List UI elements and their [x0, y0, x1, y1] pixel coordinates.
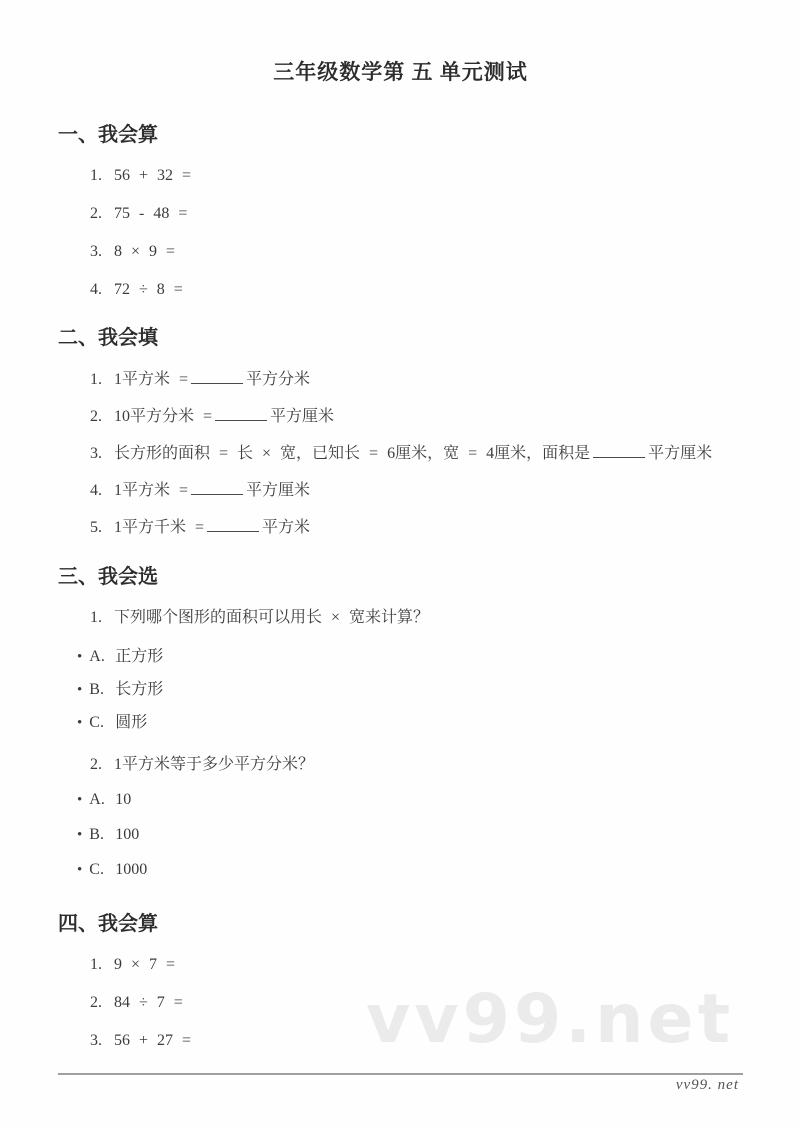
fill-post-text: 平方米	[262, 519, 310, 536]
bullet-icon: •	[77, 792, 82, 808]
question-text: 1平方米等于多少平方分米？	[114, 756, 314, 773]
option-label: B.	[89, 678, 106, 702]
item-number: 1.	[90, 956, 102, 973]
fill-item: 5.1平方千米 =平方米	[58, 516, 743, 540]
fill-pre-text: 1平方米 =	[114, 371, 188, 388]
option-label: A.	[89, 788, 106, 812]
fill-post-text: 平方分米	[246, 371, 310, 388]
option-label: A.	[89, 645, 106, 669]
item-number: 3.	[90, 445, 102, 462]
expression-text: 72 ÷ 8 =	[114, 281, 183, 298]
option-text: 圆形	[115, 714, 147, 731]
bullet-icon: •	[77, 827, 82, 843]
option-text: 1000	[115, 861, 147, 878]
worksheet-page: vv99.net 三年级数学第 五 单元测试 一、我会算 1.56 + 32 =…	[0, 0, 800, 1130]
section-calc-1: 一、我会算 1.56 + 32 = 2.75 - 48 = 3.8 × 9 = …	[58, 122, 743, 302]
item-number: 2.	[90, 994, 102, 1011]
answer-blank	[191, 370, 243, 384]
item-number: 2.	[90, 756, 102, 773]
option-label: C.	[89, 858, 106, 882]
section-1-heading: 一、我会算	[58, 122, 743, 149]
section-calc-2: 四、我会算 1.9 × 7 = 2.84 ÷ 7 = 3.56 + 27 =	[58, 911, 743, 1053]
section-choice: 三、我会选 1.下列哪个图形的面积可以用长 × 宽来计算？ •A.正方形 •B.…	[58, 564, 743, 882]
item-number: 1.	[90, 371, 102, 388]
worksheet-content: 三年级数学第 五 单元测试 一、我会算 1.56 + 32 = 2.75 - 4…	[0, 0, 800, 1053]
fill-item: 2.10平方分米 =平方厘米	[58, 405, 743, 429]
answer-blank	[593, 444, 645, 458]
expression-text: 84 ÷ 7 =	[114, 994, 183, 1011]
option-text: 10	[115, 791, 131, 808]
fill-post-text: 平方厘米	[270, 408, 334, 425]
calc-item: 3.8 × 9 =	[58, 240, 743, 264]
bullet-icon: •	[77, 682, 82, 698]
calc-item: 1.56 + 32 =	[58, 164, 743, 188]
calc-item: 2.75 - 48 =	[58, 202, 743, 226]
item-number: 3.	[90, 1032, 102, 1049]
fill-pre-text: 1平方千米 =	[114, 519, 204, 536]
bullet-icon: •	[77, 715, 82, 731]
bullet-icon: •	[77, 862, 82, 878]
answer-blank	[215, 407, 267, 421]
choice-question-2: 2.1平方米等于多少平方分米？	[58, 753, 743, 777]
item-number: 2.	[90, 205, 102, 222]
section-2-heading: 二、我会填	[58, 325, 743, 352]
option-row: •B.100	[58, 823, 743, 847]
item-number: 2.	[90, 408, 102, 425]
fill-item: 3.长方形的面积 = 长 × 宽，已知长 = 6厘米，宽 = 4厘米，面积是平方…	[58, 442, 743, 466]
item-number: 1.	[90, 609, 102, 626]
page-title: 三年级数学第 五 单元测试	[58, 59, 743, 85]
expression-text: 56 + 27 =	[114, 1032, 191, 1049]
fill-item: 1.1平方米 =平方分米	[58, 368, 743, 392]
answer-blank	[207, 518, 259, 532]
item-number: 3.	[90, 243, 102, 260]
section-fill: 二、我会填 1.1平方米 =平方分米 2.10平方分米 =平方厘米 3.长方形的…	[58, 325, 743, 540]
calc-item: 2.84 ÷ 7 =	[58, 991, 743, 1015]
option-label: C.	[89, 711, 106, 735]
option-row: •A.10	[58, 788, 743, 812]
item-number: 1.	[90, 167, 102, 184]
fill-pre-text: 10平方分米 =	[114, 408, 212, 425]
option-text: 正方形	[115, 648, 163, 665]
item-number: 4.	[90, 281, 102, 298]
section-3-heading: 三、我会选	[58, 564, 743, 591]
option-row: •A.正方形	[58, 645, 743, 669]
bullet-icon: •	[77, 649, 82, 665]
choice-question-1-options: •A.正方形 •B.长方形 •C.圆形	[58, 645, 743, 735]
choice-question-1: 1.下列哪个图形的面积可以用长 × 宽来计算？	[58, 606, 743, 630]
item-number: 5.	[90, 519, 102, 536]
expression-text: 8 × 9 =	[114, 243, 175, 260]
option-row: •C.圆形	[58, 711, 743, 735]
footer-site-text: vv99. net	[58, 1077, 743, 1094]
option-label: B.	[89, 823, 106, 847]
option-text: 100	[115, 826, 139, 843]
section-4-heading: 四、我会算	[58, 911, 743, 938]
fill-post-text: 平方厘米	[648, 445, 712, 462]
choice-question-2-options: •A.10 •B.100 •C.1000	[58, 788, 743, 882]
question-text: 下列哪个图形的面积可以用长 × 宽来计算？	[114, 609, 429, 626]
option-row: •C.1000	[58, 858, 743, 882]
expression-text: 9 × 7 =	[114, 956, 175, 973]
option-row: •B.长方形	[58, 678, 743, 702]
fill-pre-text: 长方形的面积 = 长 × 宽，已知长 = 6厘米，宽 = 4厘米，面积是	[114, 445, 590, 462]
option-text: 长方形	[115, 681, 163, 698]
calc-item: 4.72 ÷ 8 =	[58, 278, 743, 302]
fill-post-text: 平方厘米	[246, 482, 310, 499]
item-number: 4.	[90, 482, 102, 499]
calc-item: 1.9 × 7 =	[58, 953, 743, 977]
fill-pre-text: 1平方米 =	[114, 482, 188, 499]
expression-text: 56 + 32 =	[114, 167, 191, 184]
calc-item: 3.56 + 27 =	[58, 1029, 743, 1053]
expression-text: 75 - 48 =	[114, 205, 187, 222]
fill-item: 4.1平方米 =平方厘米	[58, 479, 743, 503]
footer-divider	[58, 1073, 743, 1075]
answer-blank	[191, 481, 243, 495]
